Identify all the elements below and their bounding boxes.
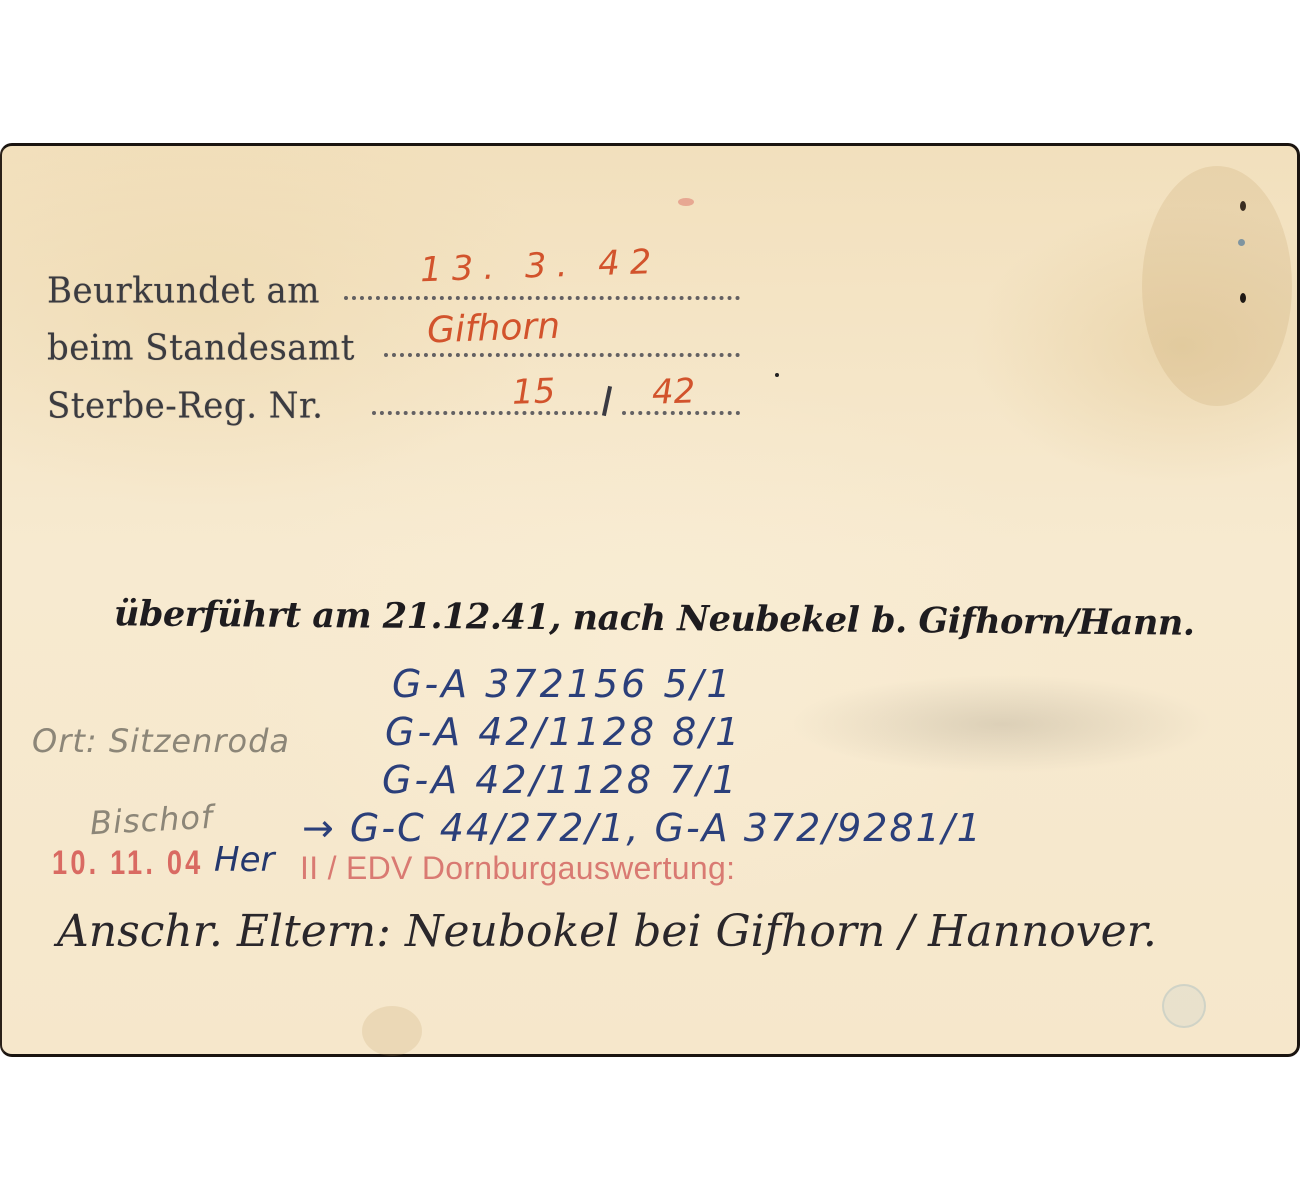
slash-separator	[602, 386, 612, 416]
edv-stamp: II / EDV Dornburgauswertung:	[300, 850, 735, 887]
transfer-note: überführt am 21.12.41, nach Neubekel b. …	[114, 593, 1195, 643]
red-speck	[678, 198, 694, 206]
pencil-bischof-note: Bischof	[89, 798, 214, 842]
value-reg-year: 42	[651, 371, 696, 412]
blue-spot	[1238, 239, 1245, 246]
label-standesamt: beim Standesamt	[47, 327, 355, 369]
reference-4: → G-C 44/272/1, G-A 372/9281/1	[302, 806, 983, 850]
reference-3: G-A 42/1128 7/1	[382, 758, 739, 802]
label-sterbe-reg-nr: Sterbe-Reg. Nr.	[47, 385, 323, 427]
age-stain	[362, 1006, 422, 1056]
reference-1: G-A 372156 5/1	[392, 662, 734, 706]
fill-line	[344, 296, 740, 300]
parents-address: Anschr. Eltern: Neubokel bei Gifhorn / H…	[57, 906, 1157, 957]
value-standesamt: Gifhorn	[426, 306, 560, 352]
reference-2: G-A 42/1128 8/1	[385, 710, 742, 754]
ink-dot	[775, 373, 779, 377]
fill-line	[372, 411, 598, 415]
fill-line	[384, 353, 740, 357]
index-card: Beurkundet am 13. 3. 42 beim Standesamt …	[0, 143, 1300, 1057]
hole-mark	[1240, 201, 1246, 211]
age-stain	[1142, 166, 1292, 406]
label-beurkundet-am: Beurkundet am	[47, 270, 320, 312]
hole-mark	[1240, 293, 1246, 303]
value-reg-number: 15	[511, 371, 556, 412]
leaf-stamp-mark	[1162, 984, 1206, 1028]
value-beurkundet-am: 13. 3. 42	[419, 242, 662, 290]
stamp-date: 10. 11. 04	[52, 844, 204, 883]
initials: Her	[214, 840, 274, 880]
pencil-ort-note: Ort: Sitzenroda	[32, 722, 290, 760]
